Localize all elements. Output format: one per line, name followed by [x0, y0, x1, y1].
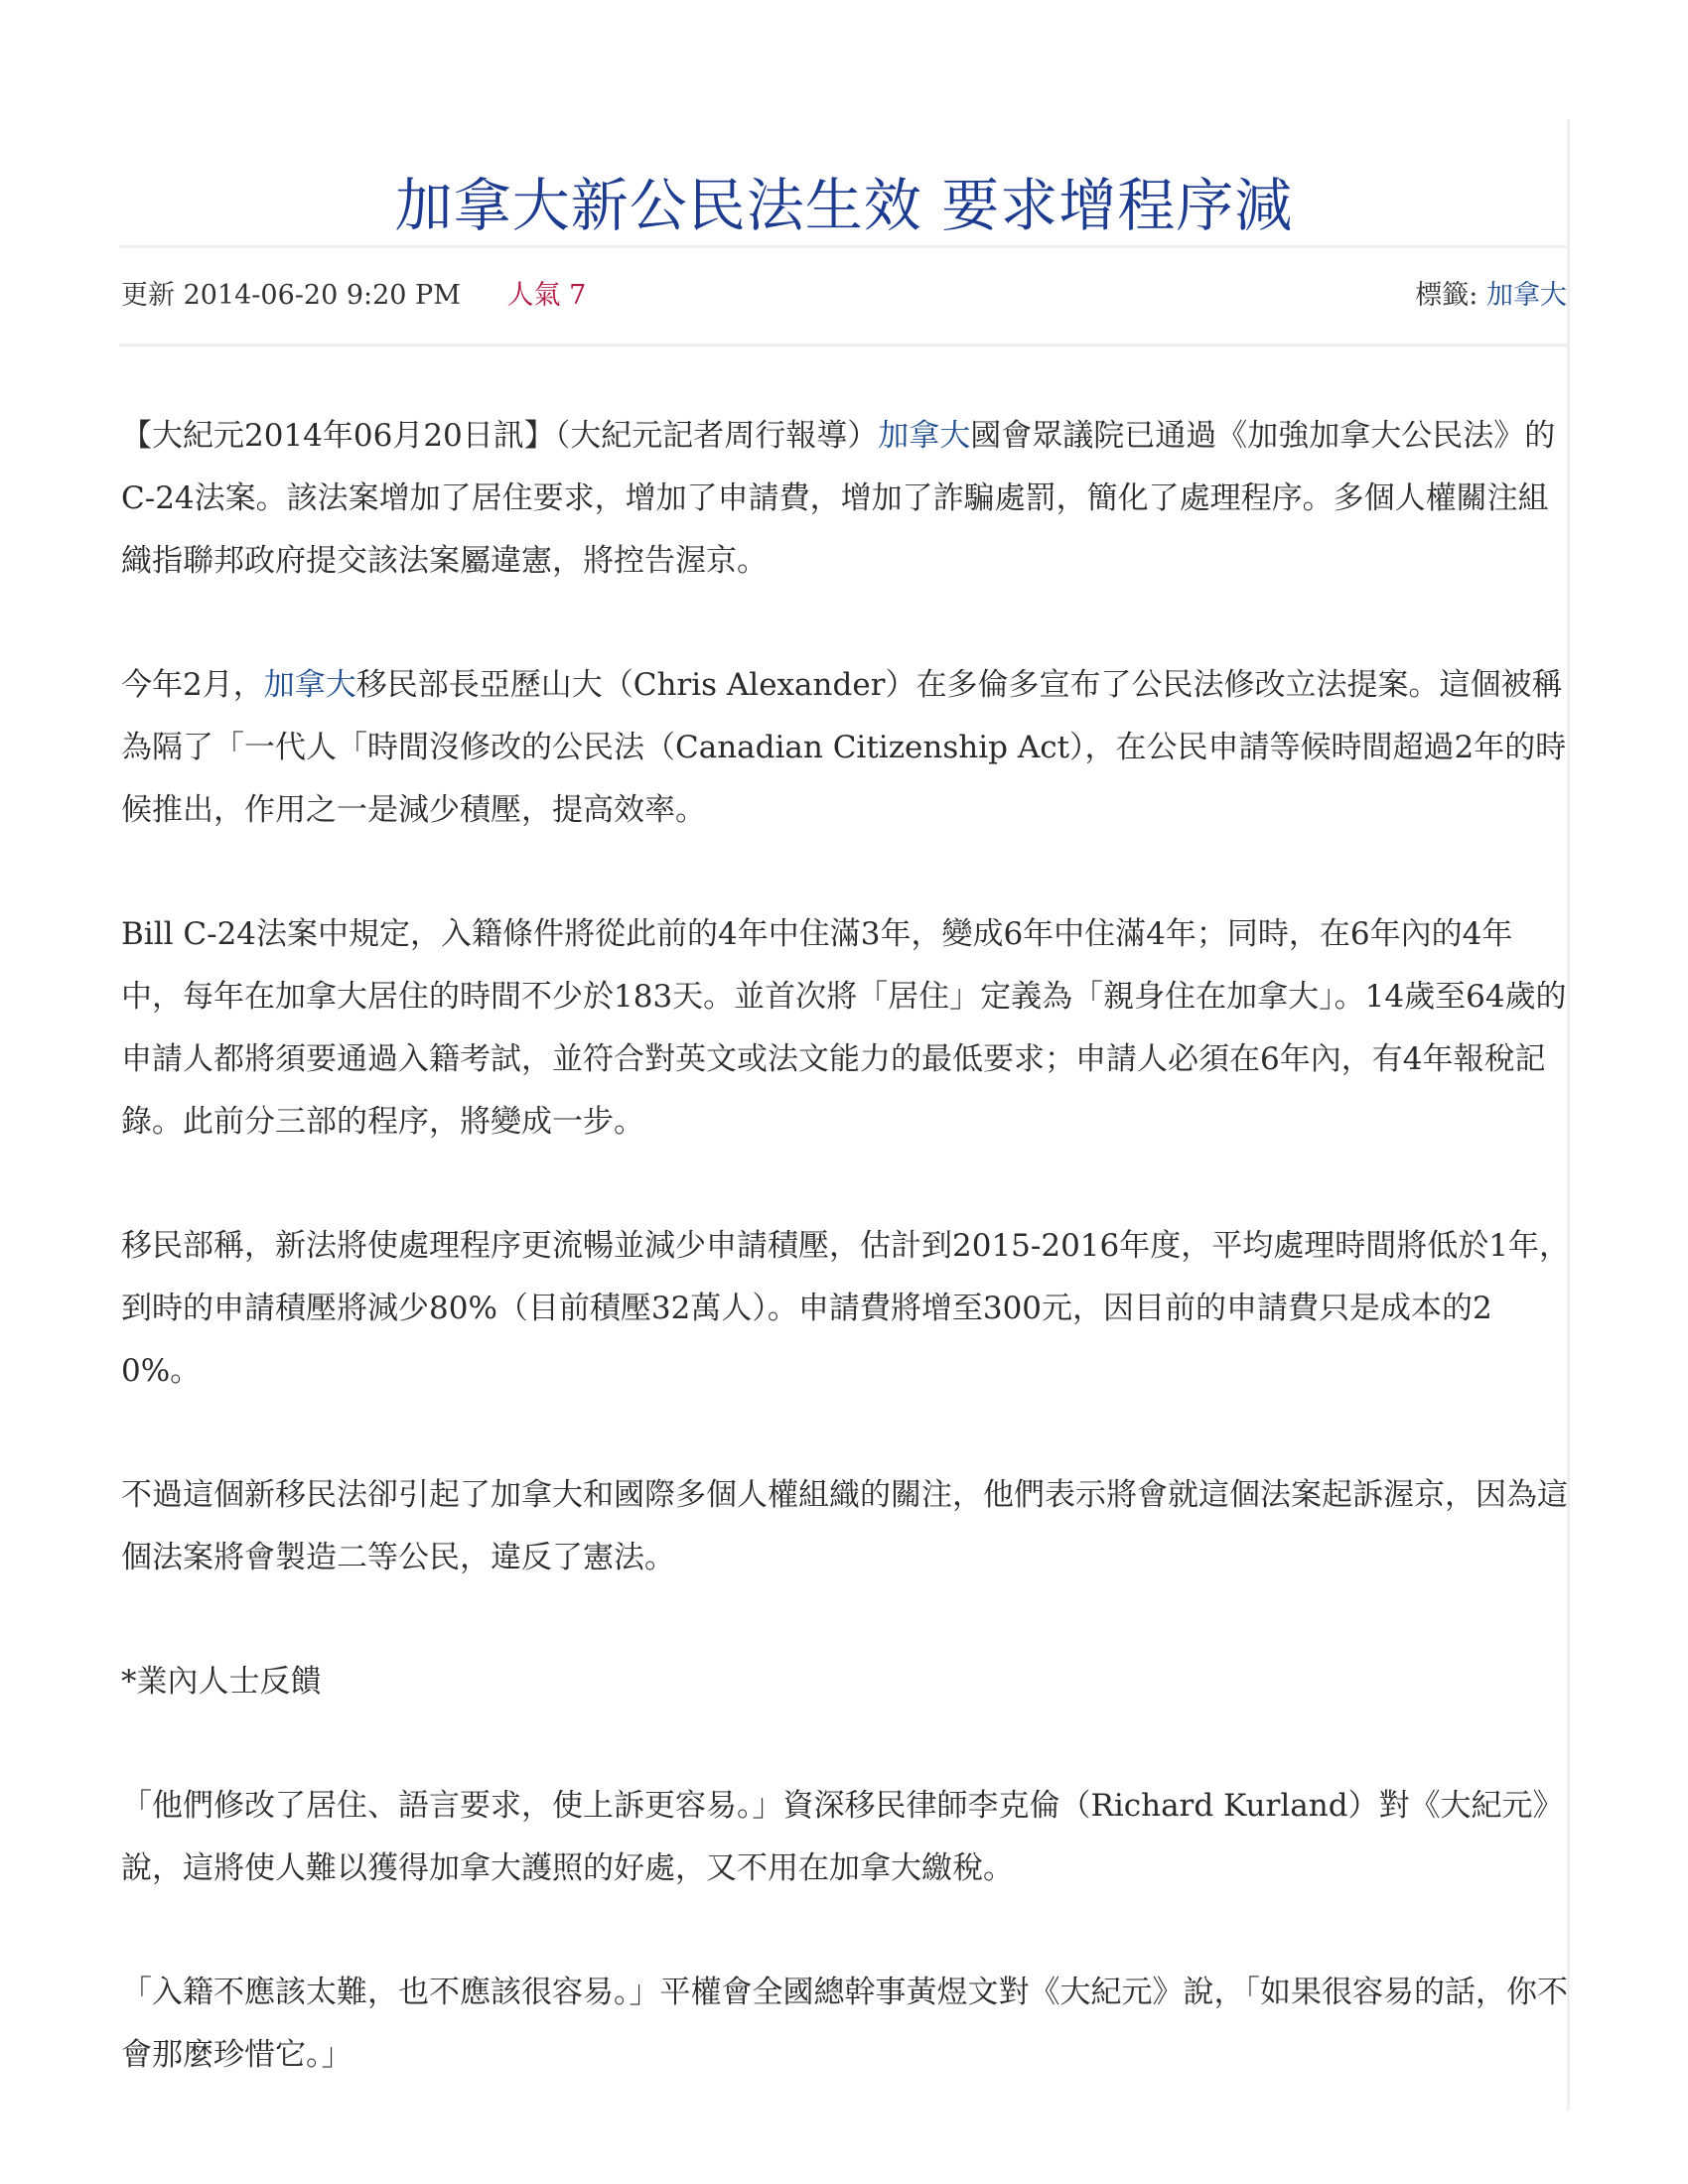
paragraph-text: 今年2月， — [121, 667, 264, 703]
tags-label: 標籤: — [1415, 280, 1477, 311]
divider-top — [119, 245, 1567, 248]
paragraph-text: 【大紀元2014年06月20日訊】（大紀元記者周行報導） — [121, 418, 878, 454]
inline-link-canada[interactable]: 加拿大 — [878, 418, 970, 454]
article-body: 【大紀元2014年06月20日訊】（大紀元記者周行報導）加拿大國會眾議院已通過《… — [121, 405, 1571, 2148]
views-label: 人氣 — [506, 280, 560, 311]
updated-label: 更新 — [121, 280, 175, 311]
paragraph-1: 【大紀元2014年06月20日訊】（大紀元記者周行報導）加拿大國會眾議院已通過《… — [121, 405, 1571, 593]
divider-meta — [119, 343, 1567, 346]
updated-datetime: 2014-06-20 9:20 PM — [184, 280, 461, 311]
meta-left: 更新 2014-06-20 9:20 PM 人氣 7 — [121, 276, 586, 316]
quote-paragraph-1: 「他們修改了居住、語言要求，使上訴更容易。」資深移民律師李克倫（Richard … — [121, 1775, 1571, 1900]
tag-link-canada[interactable]: 加拿大 — [1486, 280, 1567, 311]
paragraph-4: 移民部稱，新法將使處理程序更流暢並減少申請積壓，估計到2015-2016年度，平… — [121, 1215, 1571, 1403]
article-title: 加拿大新公民法生效 要求增程序減 — [119, 166, 1569, 245]
inline-link-canada[interactable]: 加拿大 — [264, 667, 356, 703]
paragraph-3: Bill C-24法案中規定，入籍條件將從此前的4年中住滿3年，變成6年中住滿4… — [121, 903, 1571, 1154]
views-counter: 人氣 7 — [506, 280, 586, 311]
quote-paragraph-2: 「入籍不應該太難，也不應該很容易。」平權會全國總幹事黃煜文對《大紀元》說，「如果… — [121, 1962, 1571, 2087]
meta-tags: 標籤: 加拿大 — [1415, 276, 1567, 316]
paragraph-5: 不過這個新移民法卻引起了加拿大和國際多個人權組織的關注，他們表示將會就這個法案起… — [121, 1464, 1571, 1589]
article-meta: 更新 2014-06-20 9:20 PM 人氣 7 標籤: 加拿大 — [121, 276, 1567, 316]
paragraph-2: 今年2月，加拿大移民部長亞歷山大（Chris Alexander）在多倫多宣布了… — [121, 654, 1571, 842]
views-count: 7 — [569, 280, 586, 311]
section-heading-industry-feedback: *業內人士反饋 — [121, 1651, 1571, 1713]
